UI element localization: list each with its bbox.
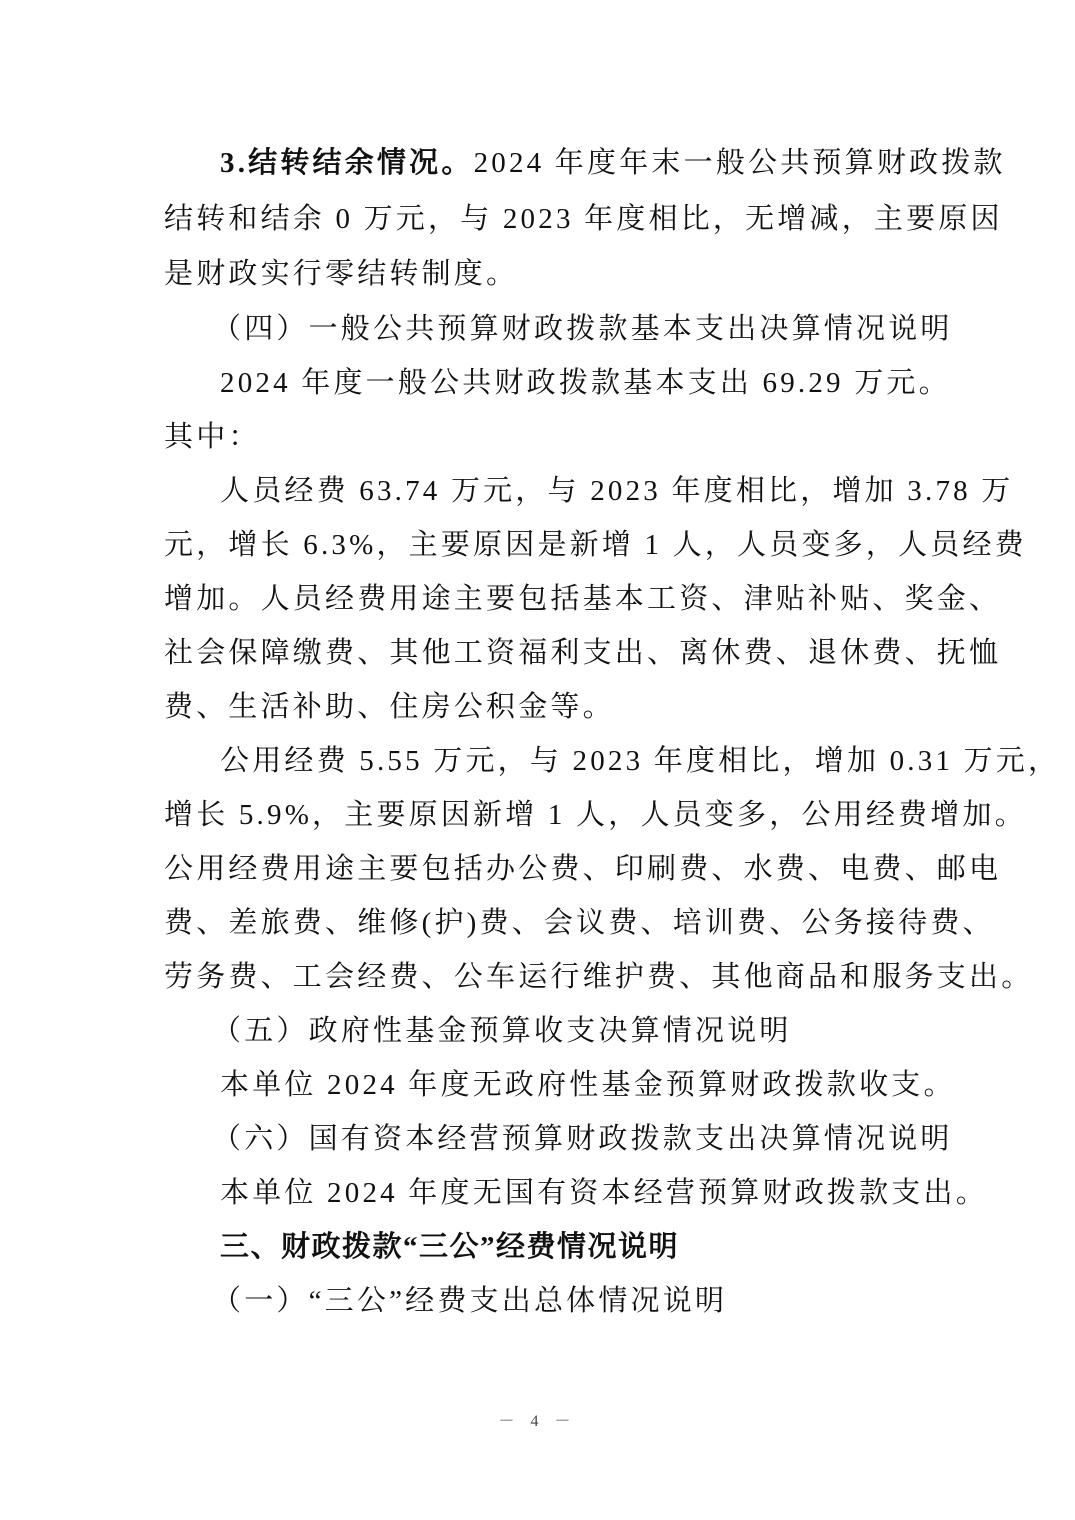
text-line: 公用经费用途主要包括办公费、印刷费、水费、电费、邮电: [164, 849, 924, 889]
text-line: 本单位 2024 年度无政府性基金预算财政拨款收支。: [220, 1065, 980, 1105]
subsection-heading-1: （一）“三公”经费支出总体情况说明: [212, 1281, 972, 1321]
text-line: 费、差旅费、维修(护)费、会议费、培训费、公务接待费、: [164, 903, 924, 943]
subheading-carryover: 3.结转结余情况。: [220, 147, 474, 179]
paragraph-carryover-line: 3.结转结余情况。2024 年度年末一般公共预算财政拨款: [220, 143, 980, 183]
text-line: 人员经费 63.74 万元，与 2023 年度相比，增加 3.78 万: [220, 471, 980, 511]
text-line: 公用经费 5.55 万元，与 2023 年度相比，增加 0.31 万元，: [220, 741, 980, 781]
text-line: 费、生活补助、住房公积金等。: [164, 687, 924, 727]
section-heading-5: （五）政府性基金预算收支决算情况说明: [212, 1011, 972, 1051]
text-line: 增加。人员经费用途主要包括基本工资、津贴补贴、奖金、: [164, 579, 924, 619]
text-line: 本单位 2024 年度无国有资本经营预算财政拨款支出。: [220, 1173, 980, 1213]
text-line: 劳务费、工会经费、公车运行维护费、其他商品和服务支出。: [164, 957, 924, 997]
section-heading-3: 三、财政拨款“三公”经费情况说明: [220, 1227, 980, 1267]
section-heading-4: （四）一般公共预算财政拨款基本支出决算情况说明: [212, 309, 972, 349]
text-line: 增长 5.9%，主要原因新增 1 人，人员变多，公用经费增加。: [164, 795, 924, 835]
text-line: 其中：: [164, 417, 924, 457]
text-line: 社会保障缴费、其他工资福利支出、离休费、退休费、抚恤: [164, 633, 924, 673]
text-line: 元，增长 6.3%，主要原因是新增 1 人，人员变多，人员经费: [164, 525, 924, 565]
section-heading-6: （六）国有资本经营预算财政拨款支出决算情况说明: [212, 1119, 972, 1159]
text-line: 结转和结余 0 万元，与 2023 年度相比，无增减，主要原因: [164, 199, 924, 239]
text-line: 2024 年度一般公共财政拨款基本支出 69.29 万元。: [220, 363, 980, 403]
page-number: － 4 －: [0, 1408, 1075, 1431]
text-line: 是财政实行零结转制度。: [164, 254, 924, 294]
text-run: 2024 年度年末一般公共预算财政拨款: [474, 147, 1006, 179]
